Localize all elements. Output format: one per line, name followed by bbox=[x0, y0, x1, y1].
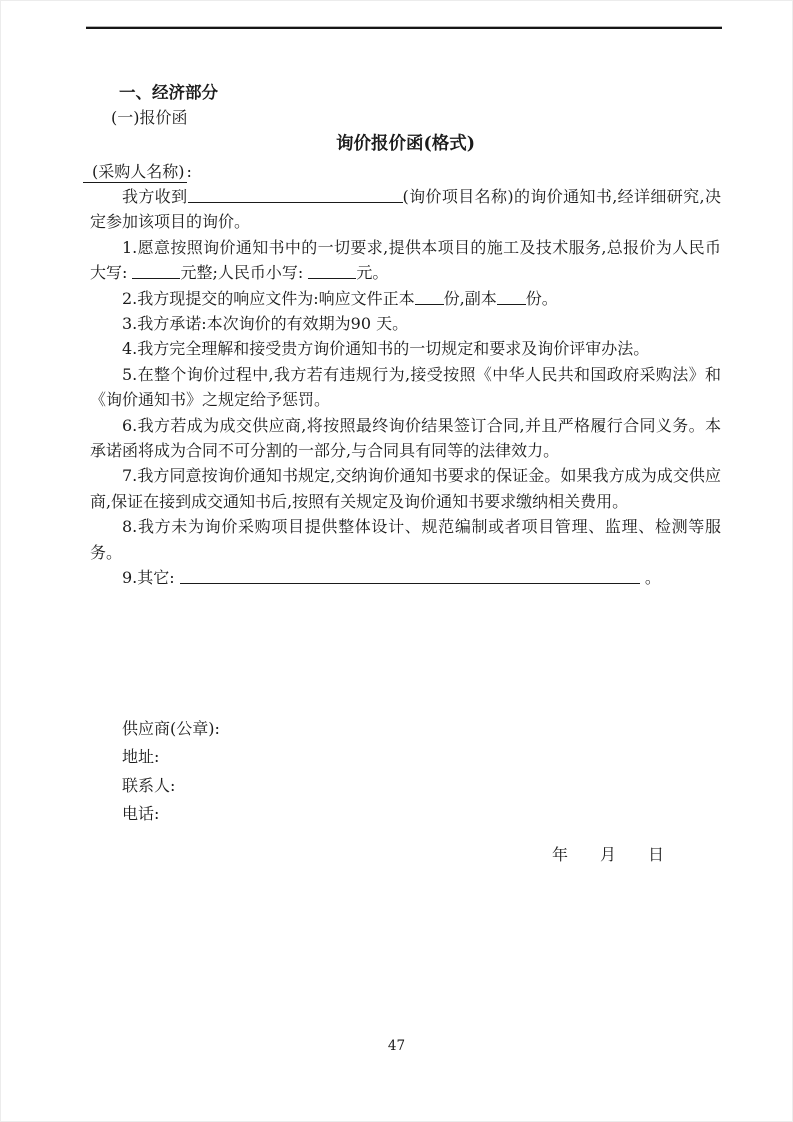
paragraph-text: 份。 bbox=[526, 289, 558, 308]
paragraph-text: 8.我方未为询价采购项目提供整体设计、规范编制或者项目管理、监理、检测等服务。 bbox=[90, 517, 721, 561]
paragraph: 7.我方同意按询价通知书规定,交纳询价通知书要求的保证金。如果我方成为成交供应商… bbox=[90, 463, 721, 514]
paragraph: 8.我方未为询价采购项目提供整体设计、规范编制或者项目管理、监理、检测等服务。 bbox=[90, 514, 721, 565]
contact-person-line: 联系人: bbox=[90, 772, 721, 801]
paragraph: 1.愿意按照询价通知书中的一切要求,提供本项目的施工及技术服务,总报价为人民币大… bbox=[90, 235, 721, 286]
body-paragraphs: 我方收到(询价项目名称)的询价通知书,经详细研究,决定参加该项目的询价。1.愿意… bbox=[90, 184, 721, 591]
page-header-rule bbox=[86, 26, 722, 29]
paragraph-text: 9.其它: bbox=[122, 568, 180, 587]
addressee-line: (采购人名称): bbox=[83, 159, 721, 184]
fill-in-blank-line bbox=[308, 265, 356, 279]
paragraph: 3.我方承诺:本次询价的有效期为90 天。 bbox=[90, 311, 721, 336]
paragraph-text: 3.我方承诺:本次询价的有效期为90 天。 bbox=[122, 314, 408, 333]
fill-in-blank-line bbox=[132, 265, 180, 279]
page-number: 47 bbox=[1, 1038, 792, 1054]
phone-line: 电话: bbox=[90, 800, 721, 829]
paragraph-text: 元。 bbox=[356, 263, 388, 282]
paragraph-text: 6.我方若成为成交供应商,将按照最终询价结果签订合同,并且严格履行合同义务。本承… bbox=[90, 416, 721, 460]
paragraph-text: 我方收到 bbox=[122, 187, 188, 206]
fill-in-blank-line bbox=[415, 291, 444, 305]
paragraph-text: 元整;人民币小写: bbox=[180, 263, 308, 282]
paragraph: 4.我方完全理解和接受贵方询价通知书的一切规定和要求及询价评审办法。 bbox=[90, 336, 721, 361]
paragraph-text: 。 bbox=[640, 568, 661, 587]
paragraph: 6.我方若成为成交供应商,将按照最终询价结果签订合同,并且严格履行合同义务。本承… bbox=[90, 413, 721, 464]
paragraph: 2.我方现提交的响应文件为:响应文件正本份,副本份。 bbox=[90, 286, 721, 311]
paragraph-text: 5.在整个询价过程中,我方若有违规行为,接受按照《中华人民共和国政府采购法》和《… bbox=[90, 365, 721, 409]
addressee-colon: : bbox=[187, 162, 192, 181]
paragraph: 我方收到(询价项目名称)的询价通知书,经详细研究,决定参加该项目的询价。 bbox=[90, 184, 721, 235]
document-content: 一、经济部分 (一)报价函 询价报价函(格式) (采购人名称): 我方收到(询价… bbox=[90, 81, 721, 868]
fill-in-blank-line bbox=[188, 189, 403, 203]
fill-in-blank-line bbox=[180, 570, 640, 584]
fill-in-blank-line bbox=[497, 291, 526, 305]
address-line: 地址: bbox=[90, 743, 721, 772]
paragraph: 9.其它: 。 bbox=[90, 565, 721, 590]
subsection-heading: (一)报价函 bbox=[90, 105, 721, 130]
paragraph-text: 2.我方现提交的响应文件为:响应文件正本 bbox=[122, 289, 415, 308]
paragraph-text: 7.我方同意按询价通知书规定,交纳询价通知书要求的保证金。如果我方成为成交供应商… bbox=[90, 466, 721, 510]
header-rule-black-line bbox=[86, 27, 722, 29]
addressee-underlined-text: (采购人名称) bbox=[83, 162, 187, 183]
paragraph-text: 份,副本 bbox=[444, 289, 497, 308]
section-heading: 一、经济部分 bbox=[90, 81, 721, 105]
document-title: 询价报价函(格式) bbox=[90, 132, 721, 156]
paragraph-text: 4.我方完全理解和接受贵方询价通知书的一切规定和要求及询价评审办法。 bbox=[122, 339, 649, 358]
supplier-seal-line: 供应商(公章): bbox=[90, 715, 721, 744]
document-page: 一、经济部分 (一)报价函 询价报价函(格式) (采购人名称): 我方收到(询价… bbox=[0, 0, 793, 1122]
signature-block: 供应商(公章): 地址: 联系人: 电话: 年 月 日 bbox=[90, 715, 721, 868]
paragraph: 5.在整个询价过程中,我方若有违规行为,接受按照《中华人民共和国政府采购法》和《… bbox=[90, 362, 721, 413]
date-line: 年 月 日 bbox=[90, 842, 721, 868]
